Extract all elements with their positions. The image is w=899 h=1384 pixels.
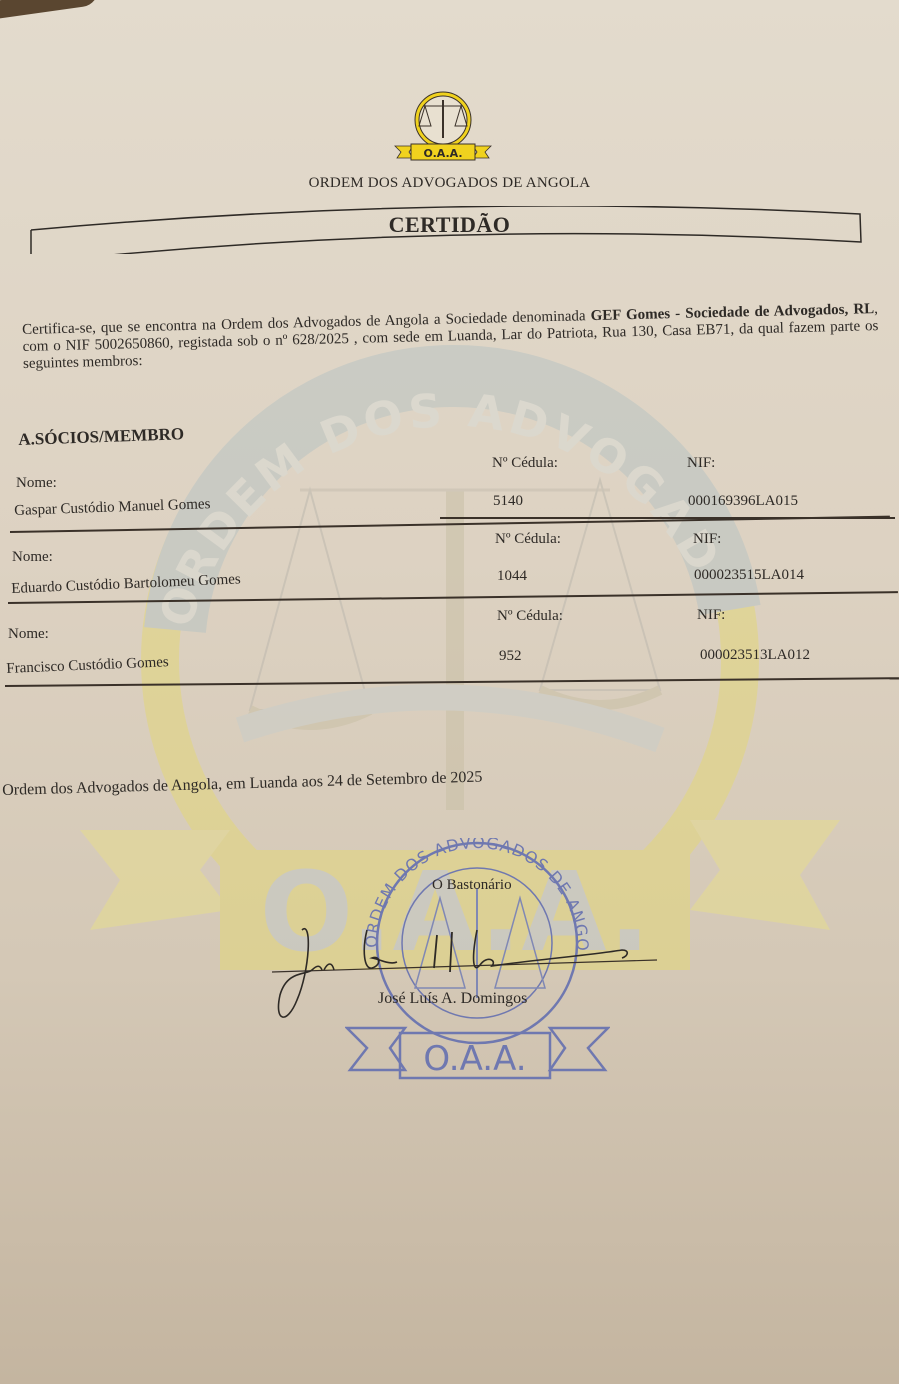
stamp-banner-text: O.A.A.: [423, 1039, 526, 1079]
member-row: Nome: Gaspar Custódio Manuel Gomes Nº Cé…: [0, 455, 899, 533]
member-name: Gaspar Custódio Manuel Gomes: [14, 496, 211, 520]
member-nif: 000169396LA015: [688, 493, 798, 510]
signatory-name: José Luís A. Domingos: [378, 990, 527, 1008]
name-label: Nome:: [8, 626, 49, 643]
organization-name: ORDEM DOS ADVOGADOS DE ANGOLA: [0, 175, 899, 192]
cedula-label: Nº Cédula:: [495, 531, 561, 548]
member-cedula: 952: [499, 648, 522, 665]
name-label: Nome:: [16, 475, 57, 492]
member-cedula: 1044: [497, 568, 527, 585]
nif-label: NIF:: [693, 531, 721, 548]
cedula-label: Nº Cédula:: [492, 455, 558, 472]
nif-label: NIF:: [697, 607, 725, 624]
member-row: Nome: Francisco Custódio Gomes Nº Cédula…: [0, 607, 899, 685]
member-nif: 000023513LA012: [700, 647, 810, 664]
member-name: Francisco Custódio Gomes: [6, 654, 169, 678]
signatory-title: O Bastonário: [432, 877, 512, 894]
member-name: Eduardo Custódio Bartolomeu Gomes: [11, 571, 241, 598]
cedula-label: Nº Cédula:: [497, 608, 563, 625]
document-title: CERTIDÃO: [0, 212, 899, 238]
member-nif: 000023515LA014: [694, 567, 804, 584]
name-label: Nome:: [12, 549, 53, 566]
handwritten-signature: [272, 910, 662, 1030]
oaa-emblem-logo: O.A.A.: [393, 88, 493, 168]
row-divider-right: [440, 517, 895, 519]
page-edge-shadow: [0, 0, 101, 20]
nif-label: NIF:: [687, 455, 715, 472]
member-cedula: 5140: [493, 493, 523, 510]
emblem-label: O.A.A.: [423, 147, 462, 160]
